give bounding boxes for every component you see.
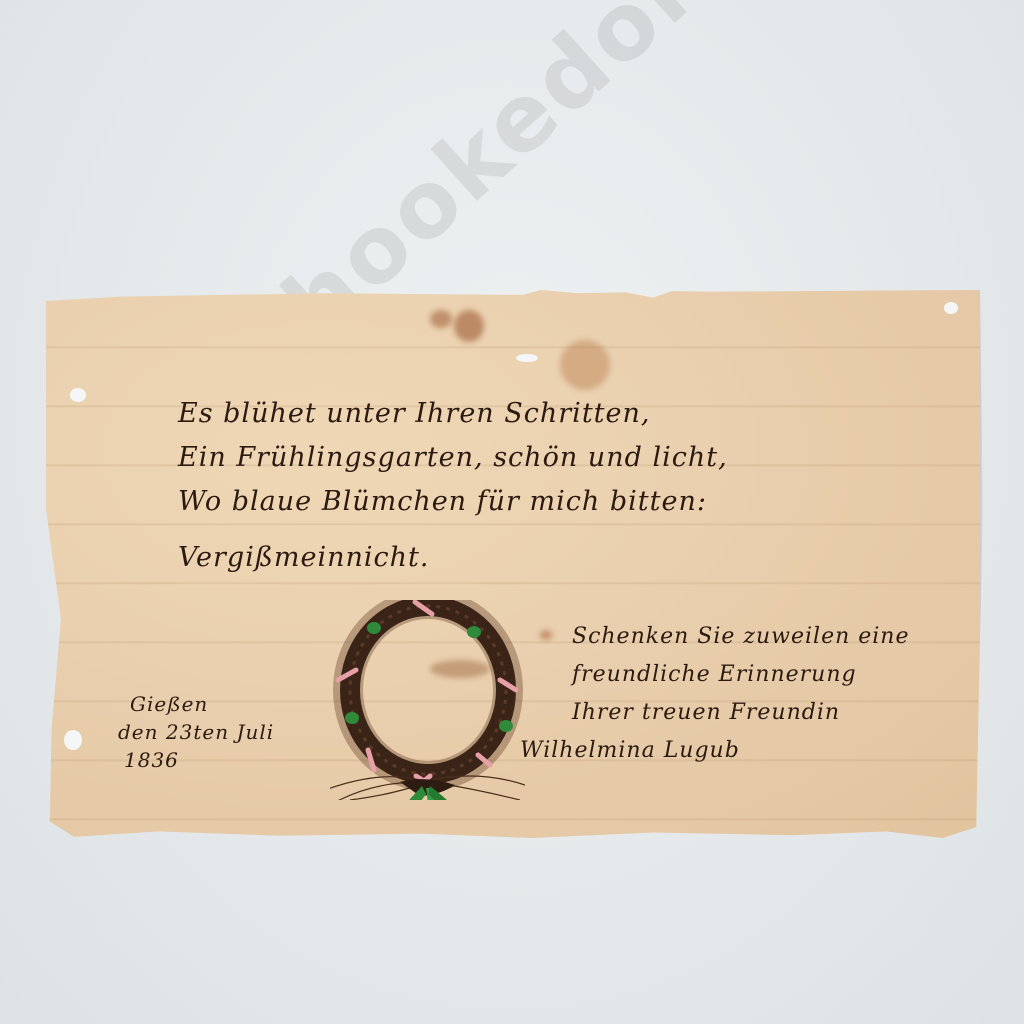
signature: Wilhelmina Lugub	[520, 732, 910, 770]
dedication-line: Schenken Sie zuweilen eine	[572, 618, 910, 656]
poem-line: Ein Frühlingsgarten, schön und licht,	[178, 436, 728, 480]
punch-hole	[944, 302, 958, 314]
stain	[540, 630, 552, 640]
year: 1836	[118, 746, 274, 774]
dedication-line: freundliche Erinnerung	[572, 656, 910, 694]
dedication: Schenken Sie zuweilen eine freundliche E…	[572, 618, 910, 770]
punch-hole	[70, 388, 86, 402]
poem-line: Vergißmeinnicht.	[178, 536, 728, 580]
stain	[430, 310, 452, 328]
punch-hole	[64, 730, 82, 750]
poem-line: Wo blaue Blümchen für mich bitten:	[178, 480, 728, 524]
hair-wreath	[330, 600, 525, 800]
poem: Es blühet unter Ihren Schritten, Ein Frü…	[178, 392, 728, 580]
place-date: Gießen den 23ten Juli 1836	[118, 690, 274, 774]
stain	[454, 310, 484, 342]
dedication-line: Ihrer treuen Freundin	[572, 694, 910, 732]
poem-line: Es blühet unter Ihren Schritten,	[178, 392, 728, 436]
punch-hole	[516, 354, 538, 362]
date: den 23ten Juli	[118, 718, 274, 746]
place: Gießen	[118, 690, 274, 718]
stain	[560, 340, 610, 390]
